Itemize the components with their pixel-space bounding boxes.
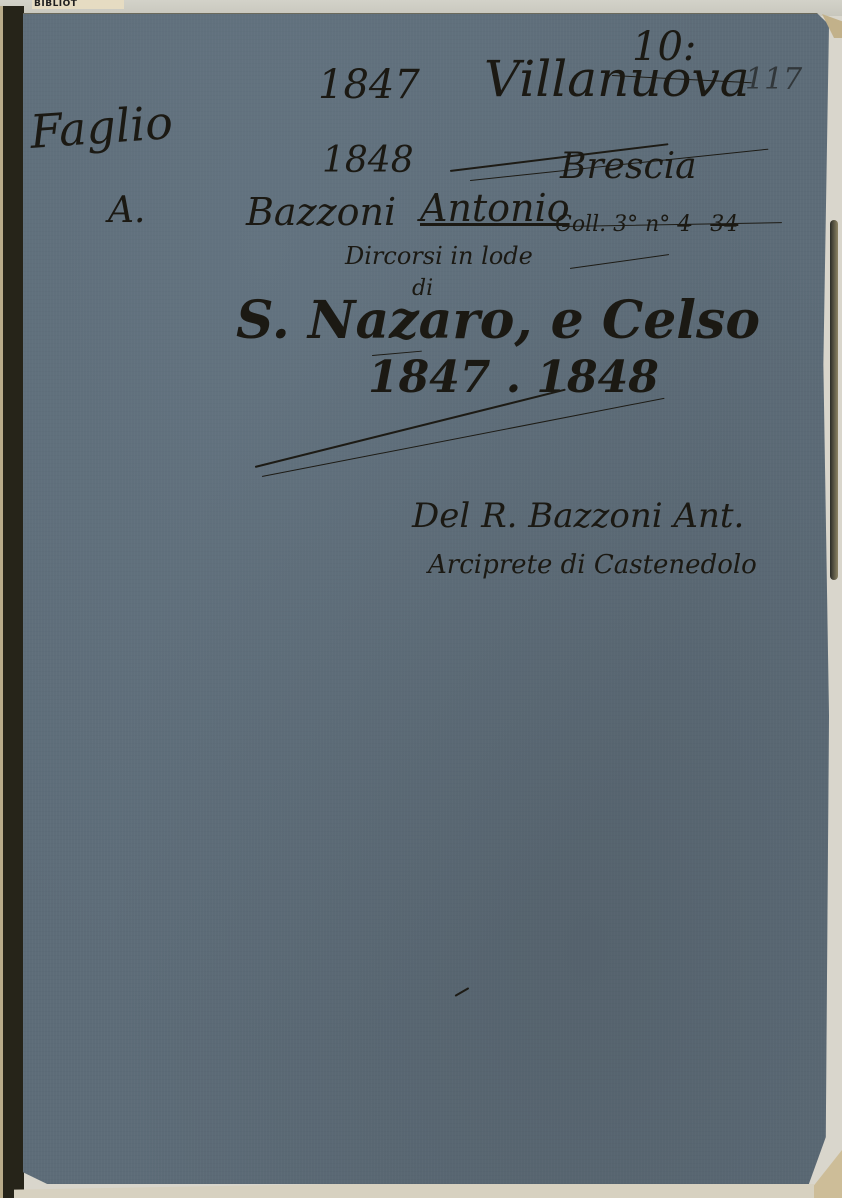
year-1848: 1848: [322, 140, 414, 181]
place-villanuova: Villanuova: [484, 50, 750, 108]
note-line-1: Del R. Bazzoni Ant.: [412, 496, 744, 536]
left-annotation-word: Faglio: [28, 95, 174, 159]
torn-right-edge: [830, 220, 838, 580]
collocation-struck-number-2: 34: [710, 212, 738, 237]
year-1847: 1847: [318, 62, 420, 108]
document-title: S. Nazaro, e Celso: [236, 290, 760, 351]
bottom-page-edge: [14, 1184, 814, 1198]
left-annotation-letter: A.: [108, 190, 145, 231]
note-line-2: Arciprete di Castenedolo: [428, 550, 757, 580]
subtitle: Dircorsi in lode: [345, 242, 533, 270]
number-117: 117: [745, 62, 802, 97]
author-surname: Bazzoni: [246, 190, 396, 234]
document-dates: 1847 . 1848: [368, 352, 659, 403]
book-spine: [0, 6, 24, 1198]
library-label: BIBLIOT: [32, 0, 124, 9]
number-10: 10:: [632, 24, 696, 70]
place-brescia: Brescia: [560, 146, 697, 187]
author-first-name: Antonio: [420, 186, 570, 230]
